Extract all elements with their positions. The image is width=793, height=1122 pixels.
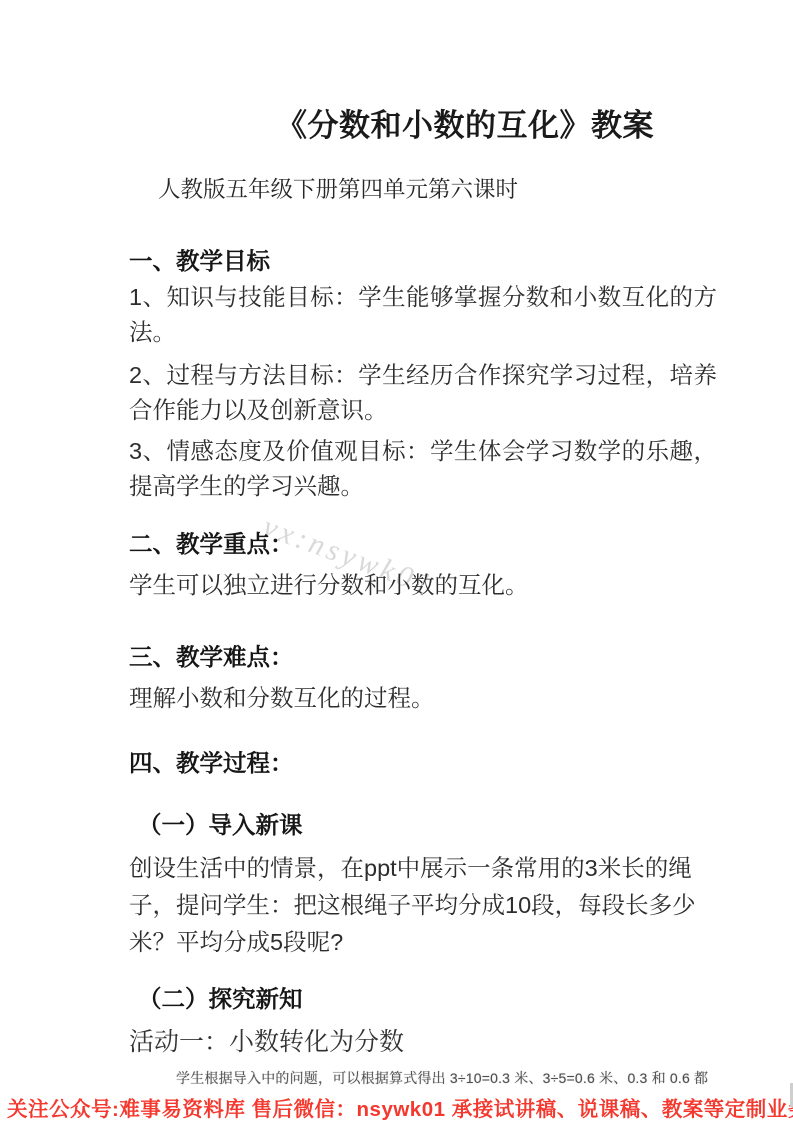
page-subtitle: 人教版五年级下册第四单元第六课时: [158, 172, 518, 204]
key-point-text: 学生可以独立进行分数和小数的互化。: [129, 568, 529, 603]
section-heading-objectives: 一、教学目标: [129, 242, 270, 276]
document-page: 《分数和小数的互化》教案 人教版五年级下册第四单元第六课时 一、教学目标 1、知…: [0, 0, 793, 1122]
section-heading-process: 四、教学过程：: [129, 744, 294, 778]
objective-item-3: 3、情感态度及价值观目标：学生体会学习数学的乐趣，提高学生的学习兴趣。: [129, 434, 717, 504]
section-heading-key-point: 二、教学重点：: [129, 525, 294, 559]
activity-one-heading: 活动一：小数转化为分数: [129, 1022, 404, 1058]
objective-item-2: 2、过程与方法目标：学生经历合作探究学习过程，培养合作能力以及创新意识。: [129, 358, 717, 428]
footer-promo-text: 关注公众号:难事易资料库 售后微信：nsywk01 承接试讲稿、说课稿、教案等定…: [7, 1092, 793, 1122]
subsection-heading-lead-in: （一）导入新课: [138, 806, 303, 840]
difficulty-text: 理解小数和分数互化的过程。: [129, 681, 435, 716]
section-heading-difficulty: 三、教学难点：: [129, 638, 294, 672]
page-title: 《分数和小数的互化》教案: [276, 100, 654, 145]
lead-in-text: 创设生活中的情景，在ppt中展示一条常用的3米长的绳子，提问学生：把这根绳子平均…: [129, 850, 717, 961]
subsection-heading-explore: （二）探究新知: [138, 980, 303, 1014]
objective-item-1: 1、知识与技能目标：学生能够掌握分数和小数互化的方法。: [129, 280, 717, 350]
activity-one-preview-text: 学生根据导入中的问题，可以根据算式得出 3÷10=0.3 米、3÷5=0.6 米…: [176, 1068, 708, 1088]
